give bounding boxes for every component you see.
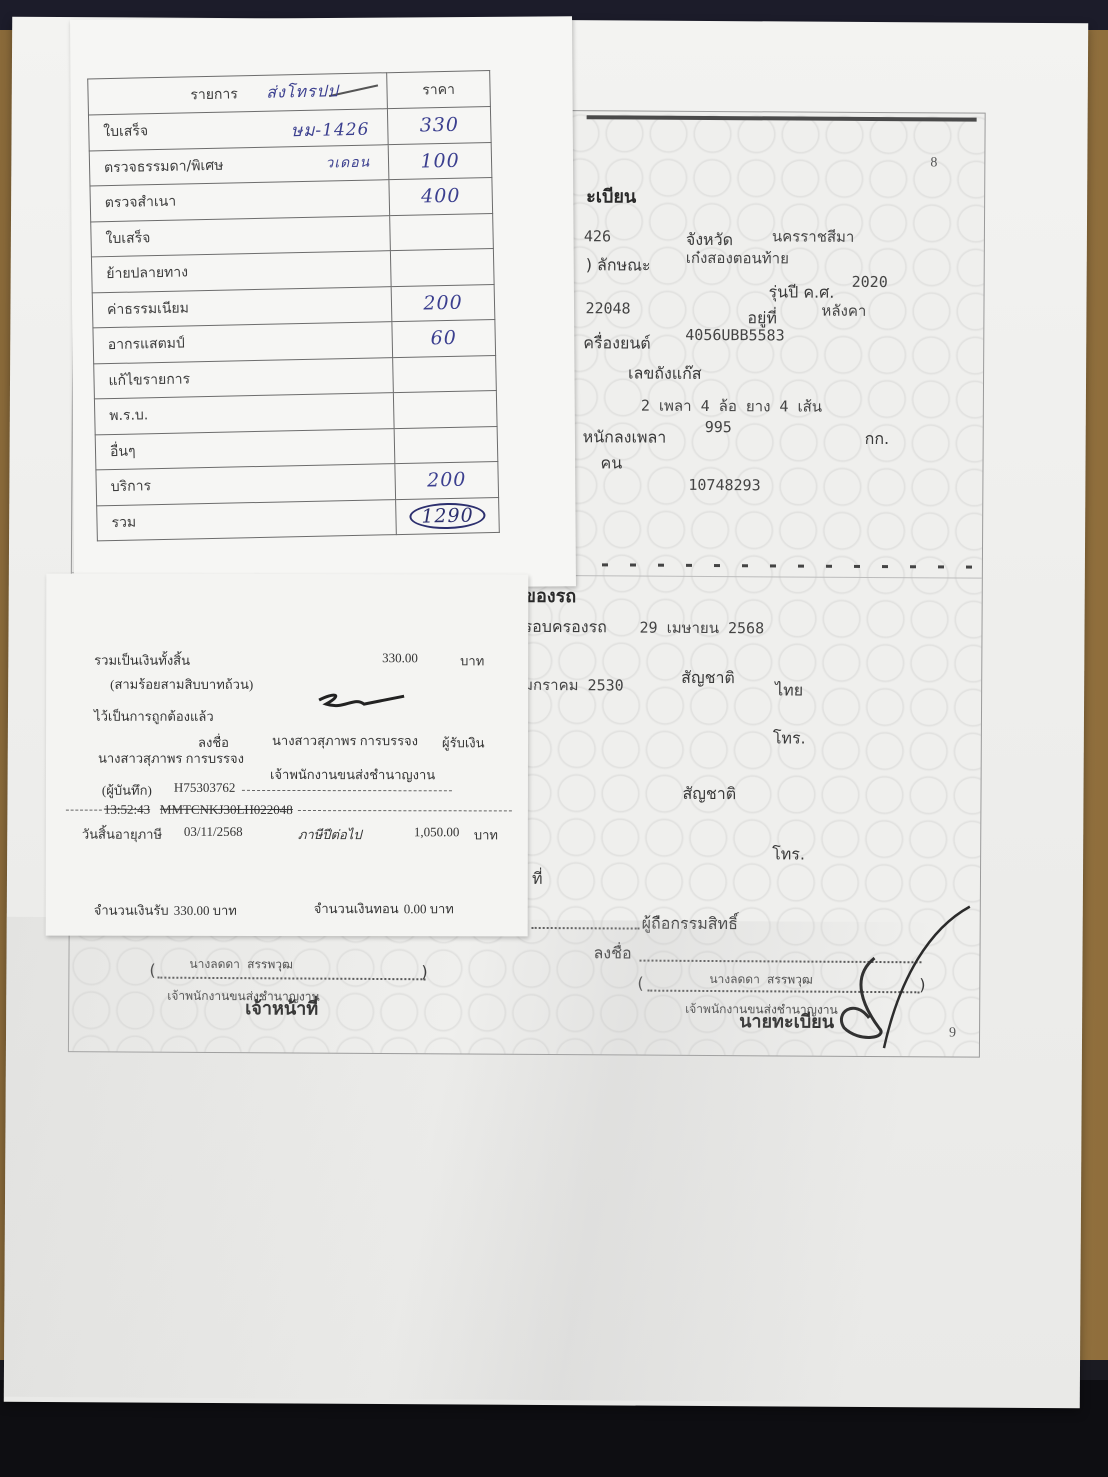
model-year-value: 2020 <box>852 273 888 291</box>
recorder-id: H75303762 <box>174 780 235 796</box>
page-number-top: 8 <box>930 155 937 171</box>
row-label: พ.ร.บ. <box>109 408 148 425</box>
receiver-name: นางสาวสุภาพร การบรรจง <box>272 730 418 751</box>
handwritten-header-note: ส่งโทรปป <box>266 81 339 102</box>
cashier-signature <box>314 686 414 716</box>
dashed-separator <box>66 810 102 811</box>
vehicle-type-value: เก๋งสองตอนท้าย <box>686 246 789 271</box>
row-price: 100 <box>420 149 460 172</box>
price-table: รายการ ส่งโทรปป ราคา ใบเสร็จษม-1426 330 … <box>87 70 500 541</box>
receiver-role: ผู้รับเงิน <box>442 732 485 753</box>
row-label: ค่าธรรมเนียม <box>107 300 189 318</box>
next-tax-amount: 1,050.00 <box>414 824 460 840</box>
row-price: 400 <box>421 185 461 208</box>
row-price: 200 <box>427 469 467 492</box>
form-top-border <box>587 115 977 121</box>
change-amount: 0.00 บาท <box>404 898 454 919</box>
phone-label-1: โทร. <box>773 726 806 751</box>
located-value: หลังคา <box>821 299 866 323</box>
row-label: อื่นๆ <box>110 443 136 460</box>
next-tax-label: ภาษีปีต่อไป <box>298 824 362 845</box>
nationality-label-2: สัญชาติ <box>682 782 736 807</box>
payment-receipt: รวมเป็นเงินทั้งสิ้น 330.00 บาท (สามร้อยส… <box>46 574 529 937</box>
section-divider <box>602 563 982 568</box>
next-tax-currency: บาท <box>474 824 498 845</box>
receipt-currency: บาท <box>460 650 484 671</box>
paper-shadow <box>4 917 1083 1404</box>
registration-number: 10748293 <box>688 476 760 494</box>
received-label: จำนวนเงินรับ <box>94 900 169 921</box>
registration-title: ะเบียน <box>586 181 636 210</box>
engine-label: ครื่องยนต์ <box>583 331 651 356</box>
seats-label: คน <box>600 451 622 476</box>
price-column-header: ราคา <box>422 81 455 98</box>
axle-weight-label: หนักลงเพลา <box>583 425 667 451</box>
row-price: 330 <box>419 114 459 137</box>
expiry-label: วันสิ้นอายุภาษี <box>82 824 162 845</box>
recorder-label: (ผู้บันทึก) <box>102 780 152 801</box>
row-label: บริการ <box>111 478 152 495</box>
receipt-total-amount: 330.00 <box>382 650 418 666</box>
address-label: ที่ <box>532 867 543 892</box>
chassis-number: 22048 <box>585 299 630 317</box>
received-amount: 330.00 บาท <box>174 900 237 921</box>
row-handwritten-note: ษม-1426 <box>291 116 370 145</box>
row-label: อากรแสตมป์ <box>108 336 185 354</box>
certified-text: ไว้เป็นการถูกต้องแล้ว <box>94 706 214 727</box>
plate-number: 426 <box>584 227 611 245</box>
birth-date: มกราคม 2530 <box>523 673 624 698</box>
row-handwritten-note: วเดอน <box>325 151 370 174</box>
amount-in-words: (สามร้อยสามสิบบาทถ้วน) <box>110 674 253 695</box>
gas-tank-label: เลขถังแก๊ส <box>628 361 702 386</box>
timestamp-code: 13:52:43 <box>104 802 150 818</box>
axle-weight-value: 995 <box>705 418 732 436</box>
item-column-header: รายการ <box>190 86 238 103</box>
row-label: แก้ไขรายการ <box>108 371 190 389</box>
price-list-slip: รายการ ส่งโทรปป ราคา ใบเสร็จษม-1426 330 … <box>70 16 576 589</box>
nationality-value-1: ไทย <box>775 678 803 703</box>
axle-description: 2 เพลา 4 ล้อ ยาง 4 เส้น <box>641 394 822 419</box>
row-label: ย้ายปลายทาง <box>106 265 188 283</box>
nationality-label-1: สัญชาติ <box>681 666 735 691</box>
row-label: ตรวจธรรมดา/พิเศษ <box>104 157 224 175</box>
total-row: รวม 1290 <box>97 497 500 541</box>
possession-date: 29 เมษายน 2568 <box>639 616 764 641</box>
reference-code: MMTCNKJ30LH022048 <box>160 802 293 818</box>
row-price: 60 <box>430 327 457 350</box>
total-label: รวม <box>111 514 136 531</box>
weight-unit: กก. <box>865 427 890 452</box>
receipt-total-label: รวมเป็นเงินทั้งสิ้น <box>94 650 190 671</box>
receiver-position: เจ้าพนักงานขนส่งชำนาญงาน <box>270 764 435 785</box>
change-label: จำนวนเงินทอน <box>314 898 399 919</box>
phone-label-2: โทร. <box>772 842 805 867</box>
recorder-name: นางสาวสุภาพร การบรรจง <box>98 748 244 769</box>
vehicle-type-label: ) ลักษณะ <box>586 253 651 278</box>
engine-number: 4056UBB5583 <box>685 326 784 345</box>
dashed-separator <box>242 790 452 791</box>
expiry-date: 03/11/2568 <box>184 824 243 840</box>
total-value: 1290 <box>409 502 486 530</box>
row-label: ตรวจสำเนา <box>105 194 177 211</box>
possession-label: รอบครองรถ <box>523 615 607 641</box>
row-label: ใบเสร็จ <box>105 230 150 247</box>
dashed-separator <box>298 810 512 811</box>
row-price: 200 <box>423 291 463 314</box>
province-value: นครราชสีมา <box>772 224 855 249</box>
row-label: ใบเสร็จ <box>103 123 148 140</box>
